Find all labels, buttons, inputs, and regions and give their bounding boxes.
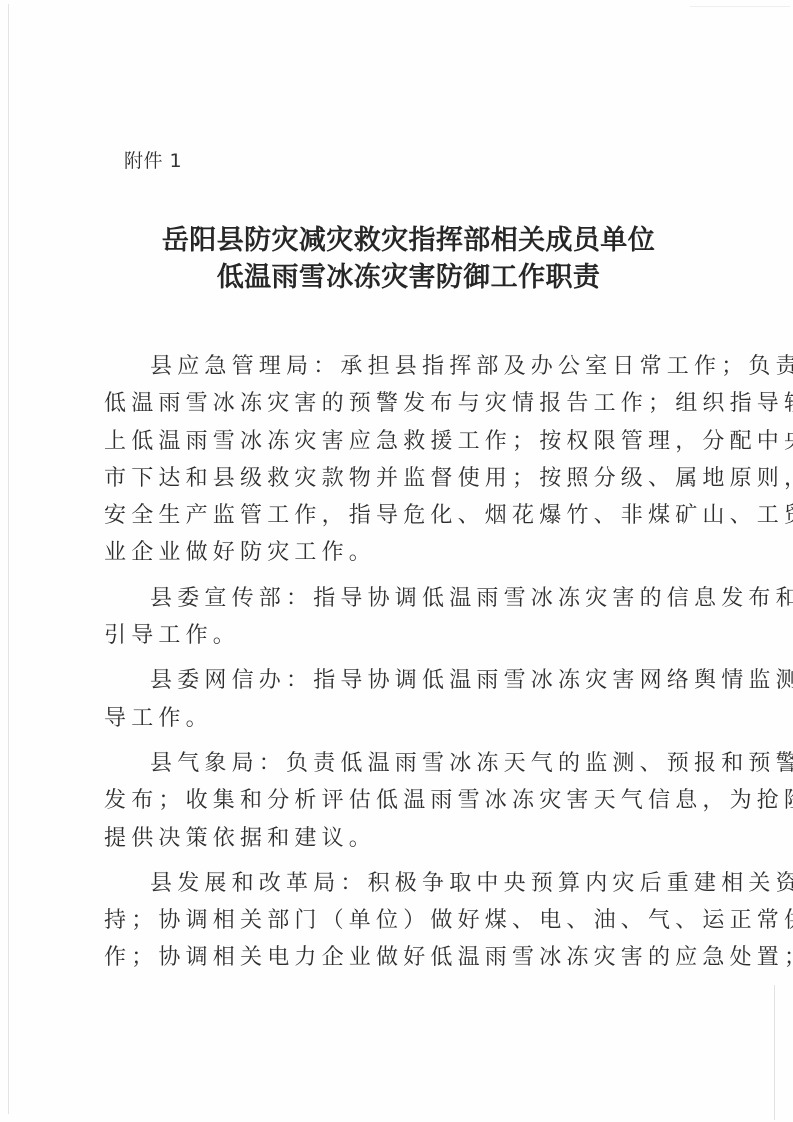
attachment-label: 附件 1: [124, 146, 182, 173]
scan-edge-artifact: [690, 6, 790, 7]
paragraph-line: 作；协调相关电力企业做好低温雨雪冰冻灾害的应急处置；监测: [104, 939, 694, 976]
paragraph-line: 业企业做好防灾工作。: [104, 534, 694, 571]
title-line: 岳阳县防灾减灾救灾指挥部相关成员单位: [12, 222, 793, 259]
document-body: 县应急管理局：承担县指挥部及办公室日常工作；负责做好 低温雨雪冰冻灾害的预警发布…: [104, 348, 694, 985]
paragraph-line: 县应急管理局：承担县指挥部及办公室日常工作；负责做好: [104, 348, 694, 385]
paragraph-line: 安全生产监管工作，指导危化、烟花爆竹、非煤矿山、工贸等行: [104, 497, 694, 534]
paragraph-emergency-management-bureau: 县应急管理局：承担县指挥部及办公室日常工作；负责做好 低温雨雪冰冻灾害的预警发布…: [104, 348, 694, 572]
paragraph-cyberspace-office: 县委网信办：指导协调低温雨雪冰冻灾害网络舆情监测与引 导工作。: [104, 662, 694, 737]
paragraph-line: 低温雨雪冰冻灾害的预警发布与灾情报告工作；组织指导较大以: [104, 385, 694, 422]
paragraph-line: 上低温雨雪冰冻灾害应急救援工作；按权限管理，分配中央、省、: [104, 423, 694, 460]
paragraph-line: 引导工作。: [104, 617, 694, 654]
paragraph-development-reform-bureau: 县发展和改革局：积极争取中央预算内灾后重建相关资金支 持；协调相关部门（单位）做…: [104, 865, 694, 977]
document-title: 岳阳县防灾减灾救灾指挥部相关成员单位 低温雨雪冰冻灾害防御工作职责: [0, 222, 793, 296]
title-line: 低温雨雪冰冻灾害防御工作职责: [12, 259, 793, 296]
paragraph-line: 持；协调相关部门（单位）做好煤、电、油、气、运正常供应工: [104, 902, 694, 939]
paragraph-meteorological-bureau: 县气象局：负责低温雨雪冰冻天气的监测、预报和预警信息 发布；收集和分析评估低温雨…: [104, 745, 694, 857]
paragraph-line: 提供决策依据和建议。: [104, 820, 694, 857]
paragraph-line: 县委宣传部：指导协调低温雨雪冰冻灾害的信息发布和舆论: [104, 580, 694, 617]
document-page: 附件 1 岳阳县防灾减灾救灾指挥部相关成员单位 低温雨雪冰冻灾害防御工作职责 县…: [0, 0, 793, 1122]
paragraph-line: 发布；收集和分析评估低温雨雪冰冻灾害天气信息，为抢险救灾: [104, 782, 694, 819]
paragraph-line: 县气象局：负责低温雨雪冰冻天气的监测、预报和预警信息: [104, 745, 694, 782]
paragraph-line: 县发展和改革局：积极争取中央预算内灾后重建相关资金支: [104, 865, 694, 902]
paragraph-line: 县委网信办：指导协调低温雨雪冰冻灾害网络舆情监测与引: [104, 662, 694, 699]
paragraph-line: 市下达和县级救灾款物并监督使用；按照分级、属地原则，加强: [104, 460, 694, 497]
paragraph-line: 导工作。: [104, 700, 694, 737]
scan-edge-artifact: [774, 985, 775, 1120]
paragraph-publicity-department: 县委宣传部：指导协调低温雨雪冰冻灾害的信息发布和舆论 引导工作。: [104, 580, 694, 655]
scan-edge-artifact: [8, 4, 9, 1114]
